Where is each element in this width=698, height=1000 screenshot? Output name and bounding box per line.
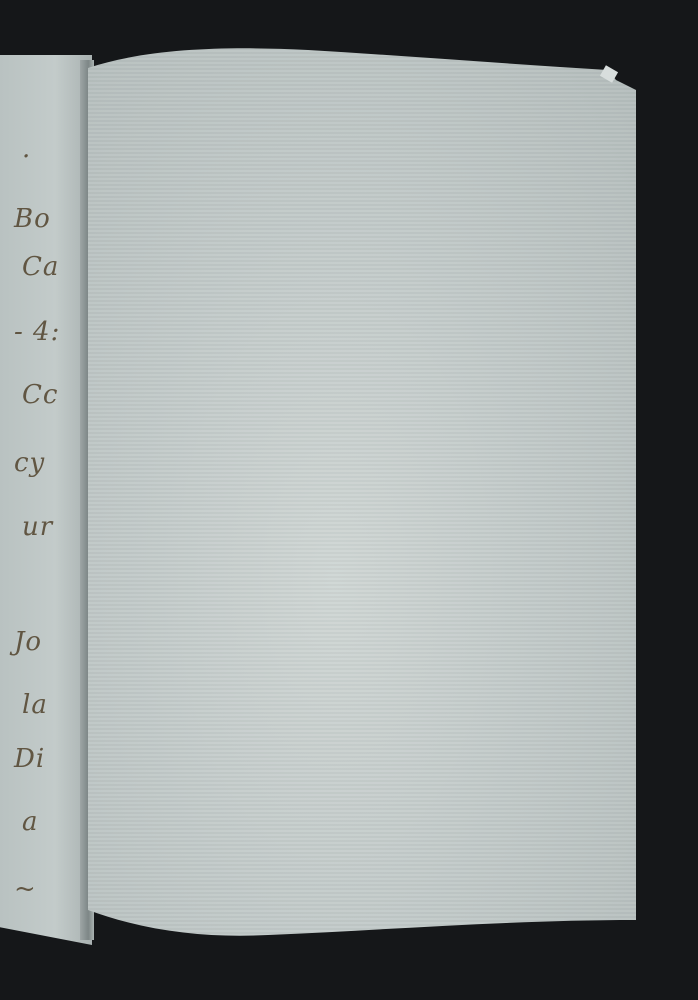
handwriting-fragment: ur [22, 512, 53, 542]
handwriting-fragment: ~ [14, 874, 37, 904]
handwriting-fragment: la [22, 690, 48, 720]
left-page: ·BoCa- 4:CccyurJolaDia~ [0, 55, 92, 945]
handwriting-fragment: - 4: [14, 317, 60, 347]
handwriting-fragment: Di [14, 744, 45, 774]
handwriting-fragment: cy [14, 448, 45, 478]
right-page-blank [88, 40, 636, 940]
handwriting-fragment: a [22, 807, 39, 837]
handwriting-fragment: · [22, 142, 31, 172]
handwriting-fragment: Cc [22, 380, 58, 410]
handwriting-fragment: Bo [14, 204, 51, 234]
handwriting-fragment: Ca [22, 252, 59, 282]
handwriting-fragment: Jo [14, 627, 42, 657]
document-photo: ·BoCa- 4:CccyurJolaDia~ [0, 0, 698, 1000]
